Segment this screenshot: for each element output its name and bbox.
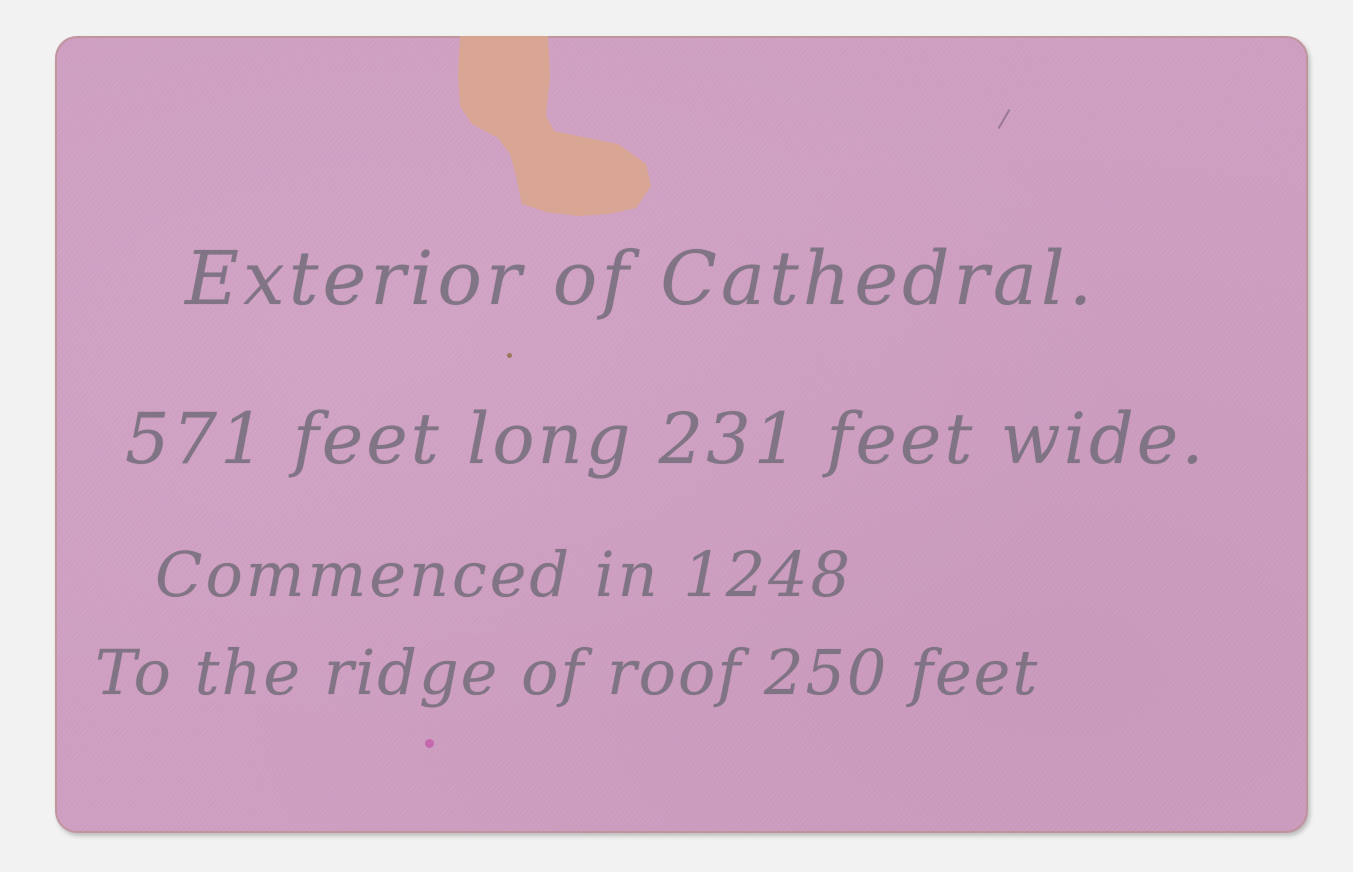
handwriting-line-roof-height: To the ridge of roof 250 feet (95, 636, 1039, 709)
photo-card-back: Exterior of Cathedral. 571 feet long 231… (55, 36, 1308, 833)
water-stain (458, 36, 658, 221)
ink-speck (425, 739, 434, 748)
handwriting-line-commenced: Commenced in 1248 (155, 538, 853, 611)
dirt-speck (507, 353, 512, 358)
pencil-stroke (998, 109, 1011, 129)
handwriting-line-title: Exterior of Cathedral. (185, 236, 1096, 322)
handwriting-line-dimensions: 571 feet long 231 feet wide. (125, 398, 1206, 480)
